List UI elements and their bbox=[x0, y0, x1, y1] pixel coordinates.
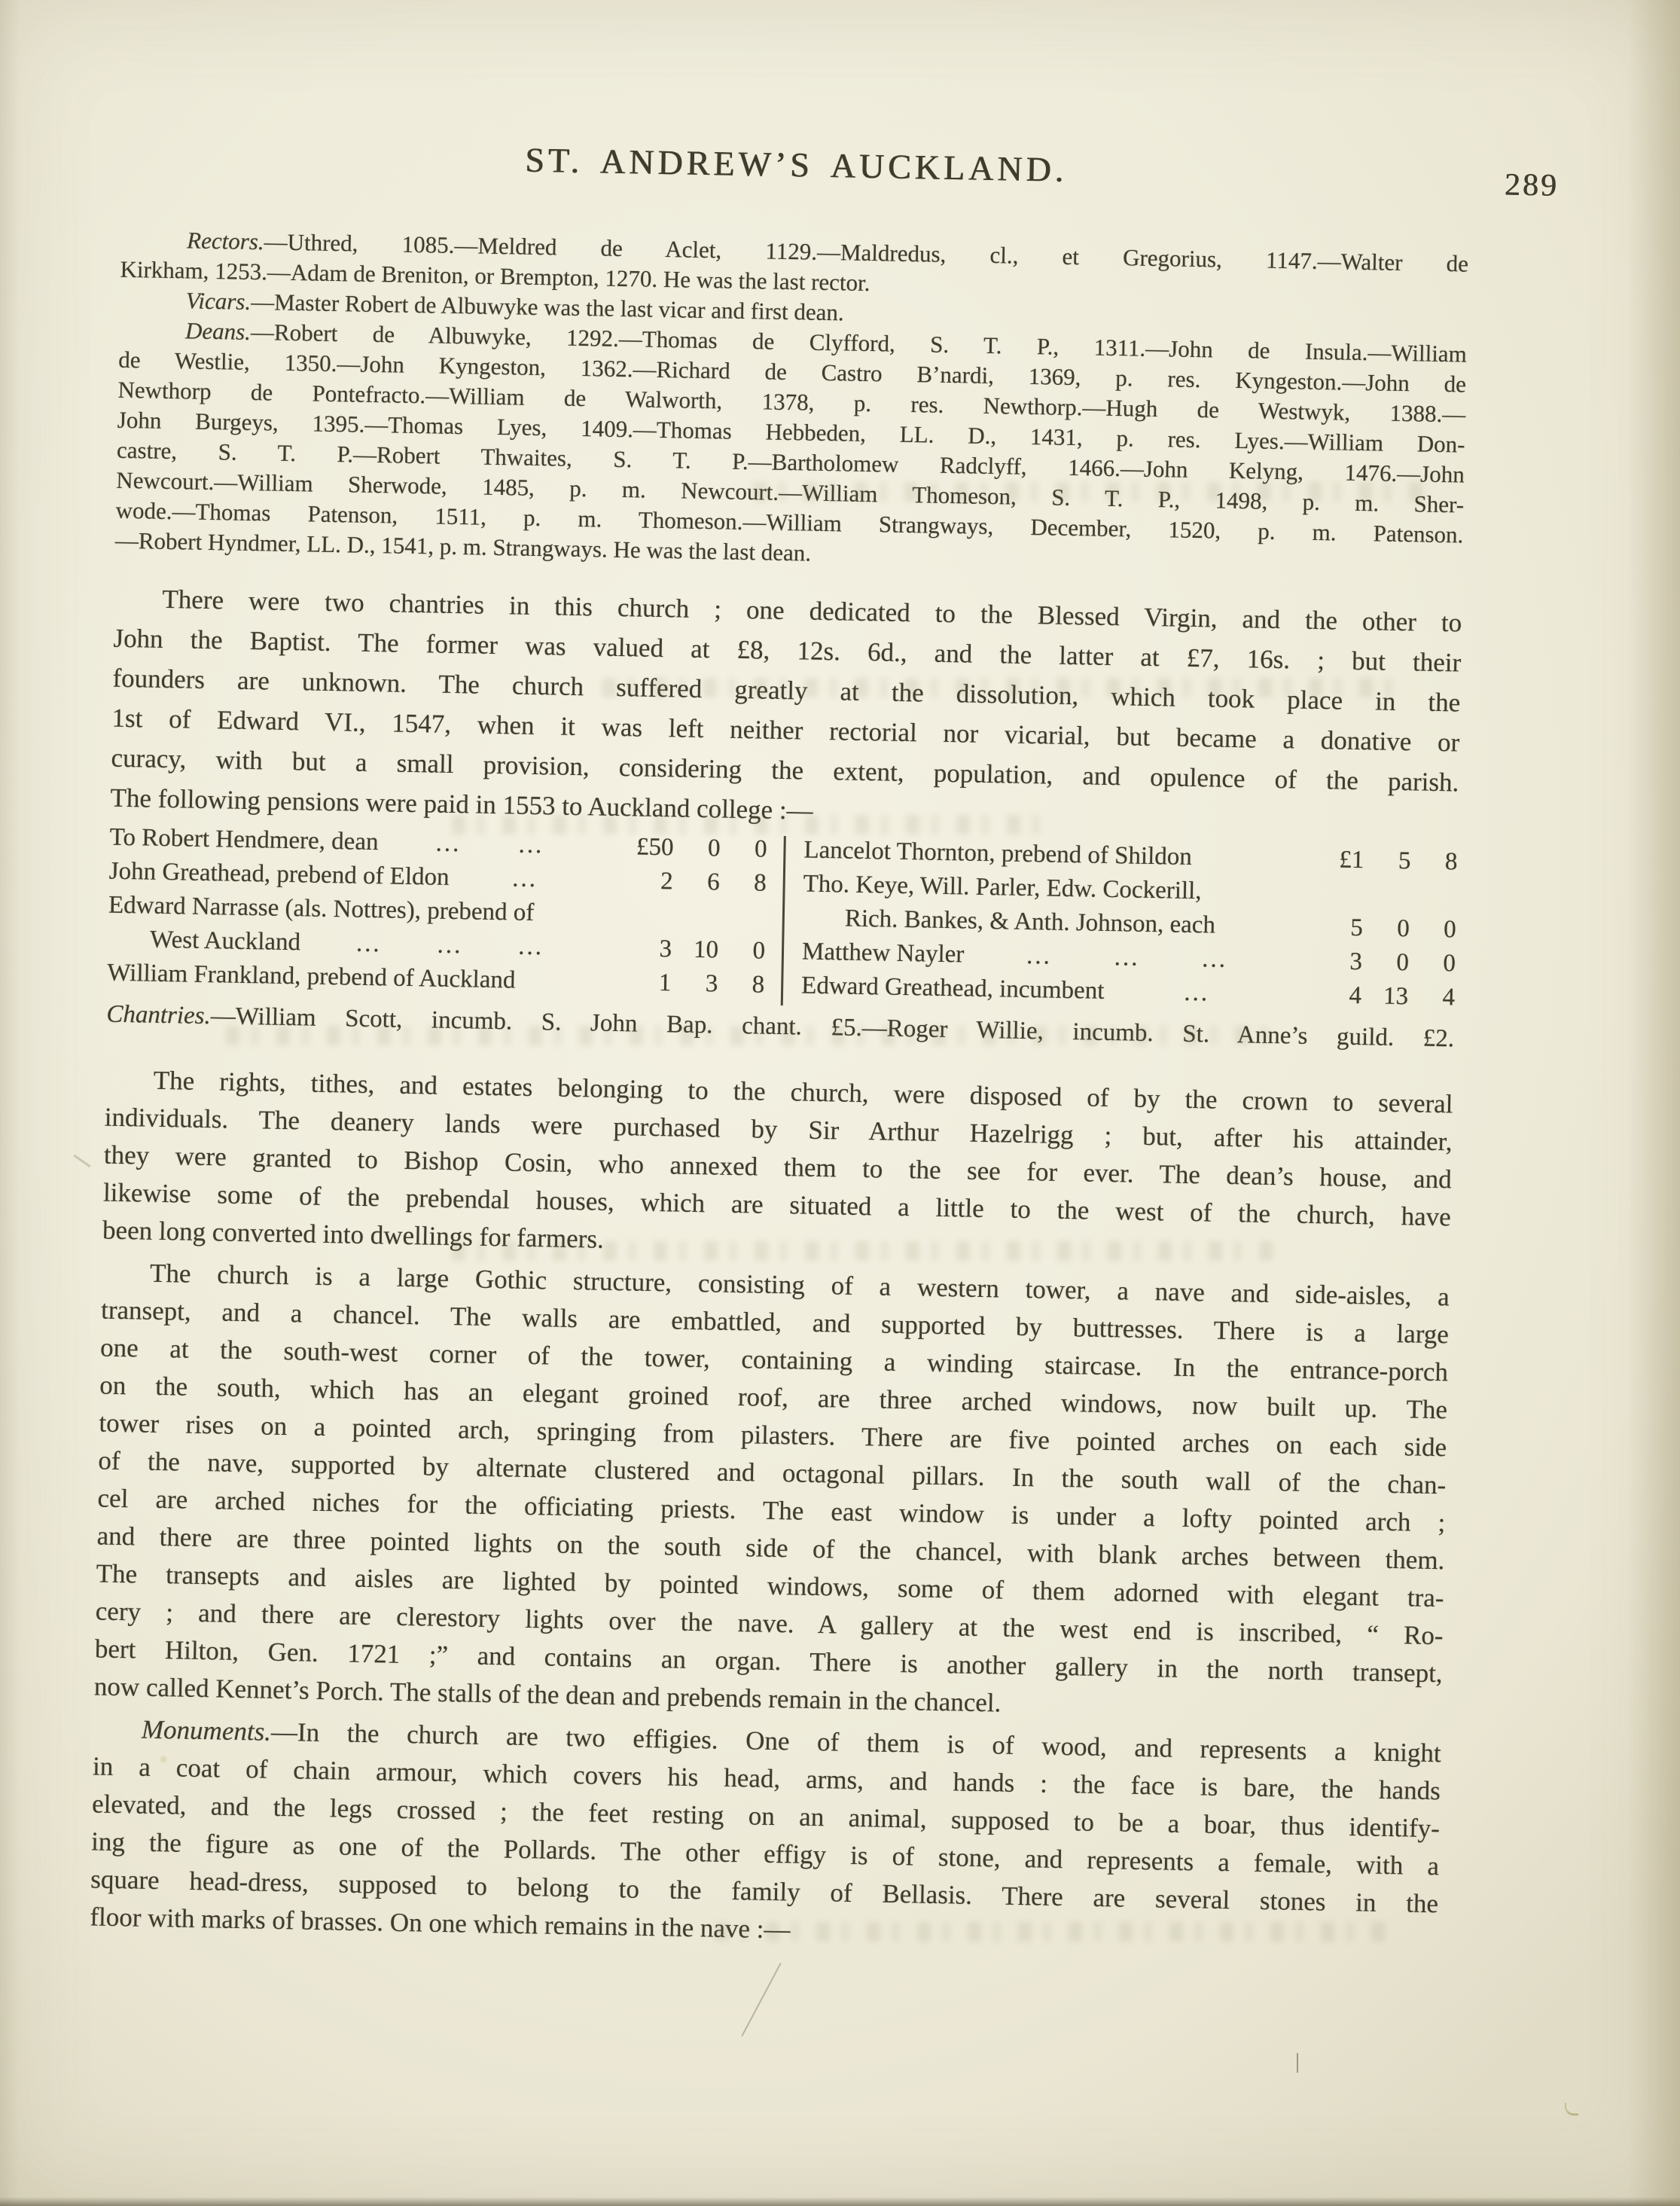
pension-amount: 0 bbox=[1409, 949, 1456, 978]
dot-leaders bbox=[1192, 865, 1292, 866]
scratch-mark bbox=[741, 1963, 781, 2037]
pension-amount: 2 bbox=[600, 867, 673, 896]
pension-amount: 4 bbox=[1408, 983, 1456, 1011]
pension-amount bbox=[719, 923, 766, 924]
pension-payee: To Robert Hendmere, dean bbox=[109, 824, 379, 857]
pension-amount: 0 bbox=[1362, 914, 1410, 943]
pension-payee: Matthew Nayler bbox=[802, 938, 965, 969]
page-number: 289 bbox=[1504, 166, 1559, 203]
clergy-succession-paragraphs: Rectors.—Uthred, 1085.—Meldred de Aclet,… bbox=[115, 224, 1469, 581]
dot-leaders: ...... bbox=[378, 828, 602, 860]
estates-paragraph: The rights, tithes, and estates belongin… bbox=[102, 1061, 1453, 1274]
dot-leaders bbox=[534, 920, 600, 922]
pension-amount: 4 bbox=[1289, 981, 1362, 1010]
dot-leaders bbox=[1201, 899, 1291, 900]
pension-payee: Edward Greathead, incumbent bbox=[801, 972, 1105, 1005]
pension-amount: 8 bbox=[1410, 847, 1458, 876]
dot-leaders bbox=[515, 988, 599, 990]
pension-table: To Robert Hendmere, dean......£5000John … bbox=[107, 824, 1458, 1018]
pension-amount: 0 bbox=[1362, 948, 1410, 977]
pension-amount bbox=[1363, 902, 1410, 902]
stain-mark bbox=[1565, 2103, 1578, 2116]
pension-amount: 5 bbox=[1364, 847, 1411, 875]
pension-amount bbox=[1291, 900, 1363, 902]
pension-table-left-column: To Robert Hendmere, dean......£5000John … bbox=[107, 824, 784, 1005]
dot-leaders: ......... bbox=[300, 929, 600, 962]
pension-payee: John Greathead, prebend of Eldon bbox=[109, 858, 450, 892]
pension-amount: 1 bbox=[599, 969, 672, 998]
paragraph-lead: Vicars. bbox=[185, 287, 251, 315]
pension-amount: 13 bbox=[1361, 982, 1409, 1011]
pension-amount: 0 bbox=[718, 936, 766, 965]
pension-amount: 3 bbox=[1290, 947, 1363, 976]
pension-amount: 5 bbox=[1290, 913, 1363, 942]
pension-table-right-column: Lancelot Thornton, prebend of Shildon£15… bbox=[781, 836, 1458, 1018]
pension-amount bbox=[600, 922, 672, 923]
paragraph-lead: Rectors. bbox=[187, 227, 264, 255]
paragraph-lead: Monuments. bbox=[142, 1715, 272, 1747]
pension-payee: West Auckland bbox=[108, 926, 301, 957]
book-page-scan: ST. ANDREW’S AUCKLAND. 289 Rectors.—Uthr… bbox=[0, 0, 1680, 2206]
church-description-paragraph: The church is a large Gothic structure, … bbox=[94, 1254, 1450, 1731]
paragraph-lead: Deans. bbox=[185, 317, 252, 345]
pension-amount: 3 bbox=[599, 935, 672, 964]
pension-amount: 3 bbox=[671, 969, 718, 998]
pension-amount bbox=[672, 923, 719, 923]
pension-amount: £50 bbox=[601, 833, 674, 862]
pension-amount bbox=[1410, 902, 1456, 903]
pension-amount: 10 bbox=[672, 935, 719, 964]
paragraph-lead: Chantries. bbox=[106, 1001, 211, 1030]
tick-mark bbox=[1297, 2053, 1298, 2073]
stain-mark bbox=[73, 1155, 90, 1167]
dot-leaders: ... bbox=[1104, 978, 1289, 1008]
pension-amount: 8 bbox=[719, 869, 767, 898]
pension-amount: 0 bbox=[1409, 915, 1456, 944]
pension-payee: Lancelot Thornton, prebend of Shildon bbox=[803, 837, 1192, 871]
chantries-paragraph: There were two chantries in this church … bbox=[110, 578, 1462, 843]
pension-amount: £1 bbox=[1291, 845, 1364, 874]
monuments-paragraph: Monuments.—In the church are two effigie… bbox=[90, 1710, 1441, 1960]
pension-amount: 6 bbox=[672, 868, 720, 896]
dot-leaders: ......... bbox=[964, 941, 1290, 975]
pension-amount: 0 bbox=[720, 835, 767, 864]
pension-amount: 8 bbox=[718, 970, 765, 999]
pension-amount: 0 bbox=[673, 834, 721, 862]
page-content: ST. ANDREW’S AUCKLAND. 289 Rectors.—Uthr… bbox=[90, 0, 1473, 1960]
page-title: ST. ANDREW’S AUCKLAND. bbox=[122, 0, 1473, 195]
dot-leaders: ... bbox=[449, 864, 601, 895]
dot-leaders bbox=[1215, 933, 1291, 935]
